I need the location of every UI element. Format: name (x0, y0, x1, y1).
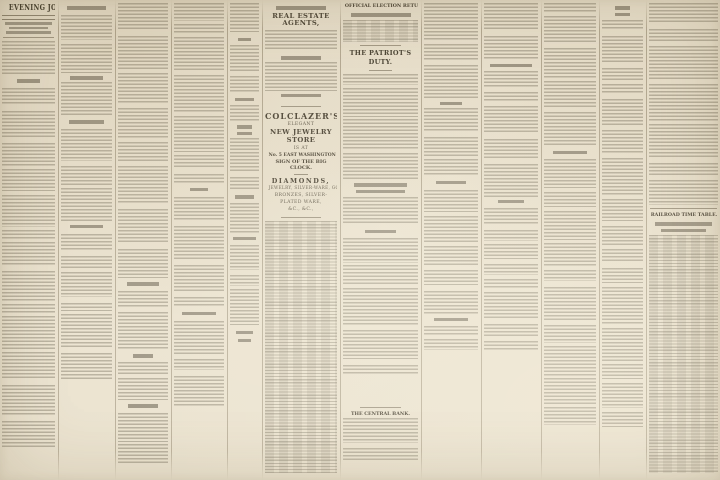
column-10 (544, 0, 596, 480)
column-rule (481, 0, 482, 480)
column-rule (227, 0, 228, 480)
jewelry-ad-line: IS AT (265, 146, 337, 151)
greeked-text-block (61, 314, 112, 349)
greeked-text-block (484, 3, 538, 31)
official-returns-heading: OFFICIAL ELECTION RETURNS. (345, 3, 416, 10)
newspaper-page: EVENING JOURNAL. REAL ESTATE AGENTS, COL… (0, 0, 720, 480)
greeked-text-block (544, 243, 596, 267)
greeked-text-block (174, 297, 224, 307)
masthead-rule (2, 15, 55, 20)
greeked-text-block (118, 142, 168, 162)
greeked-text-block (343, 238, 418, 263)
column-6: REAL ESTATE AGENTS, COLCLAZER'S ELEGANT … (265, 0, 337, 480)
column-12: RAILROAD TIME TABLE. (649, 0, 718, 480)
column-3 (118, 0, 168, 480)
railroad-heading: RAILROAD TIME TABLE. (651, 212, 717, 219)
column-5 (230, 0, 259, 480)
greeked-text-block (424, 339, 478, 350)
greeked-text-block (230, 76, 259, 93)
article-body-greeked (343, 418, 418, 460)
greeked-text-block (70, 225, 104, 229)
column-9 (484, 0, 538, 480)
timetable (649, 235, 718, 473)
greeked-text-block (133, 354, 153, 358)
divider (360, 45, 401, 46)
divider (281, 217, 321, 218)
greeked-text-block (174, 116, 224, 152)
masthead-dateline (6, 31, 51, 34)
jewelry-ad-line: &C., &C., (265, 207, 337, 212)
jewelry-ad-line: No. 5 EAST WASHINGTON ST., (269, 153, 334, 159)
greeked-text-block (237, 125, 252, 129)
masthead-title: EVENING JOURNAL. (9, 3, 48, 14)
divider (650, 208, 716, 209)
greeked-text-block (281, 56, 321, 60)
greeked-text-block (2, 111, 55, 138)
railroad-subline (655, 222, 713, 226)
greeked-text-block (602, 158, 643, 196)
greeked-text-block (128, 404, 157, 408)
greeked-text-block (649, 84, 718, 121)
ad-top-line (276, 6, 326, 10)
greeked-text-block (69, 120, 104, 124)
returns-subline (351, 13, 411, 17)
greeked-text-block (424, 216, 478, 244)
greeked-text-block (61, 256, 112, 268)
greeked-text-block (484, 292, 538, 319)
greeked-text-block (238, 339, 250, 343)
greeked-text-block (174, 321, 224, 356)
greeked-text-block (118, 362, 168, 374)
greeked-text-block (265, 62, 337, 90)
column-rule (115, 0, 116, 480)
greeked-text-block (602, 226, 643, 246)
greeked-text-block (484, 71, 538, 88)
greeked-text-block (118, 378, 168, 400)
greeked-text-block (174, 359, 224, 371)
greeked-text-block (544, 159, 596, 188)
jewelry-ad-line: ELEGANT (265, 122, 337, 127)
jewelry-ad-line: DIAMONDS, (265, 178, 337, 185)
greeked-text-block (182, 312, 215, 316)
jewelry-ad-line: PLATED WARE, (265, 200, 337, 205)
greeked-text-block (544, 81, 596, 108)
greeked-text-block (230, 105, 259, 121)
greeked-text-block (61, 188, 112, 221)
real-estate-ad-title: REAL ESTATE AGENTS, (265, 13, 337, 29)
greeked-text-block (61, 82, 112, 115)
greeked-text-block (544, 325, 596, 342)
greeked-text-block (2, 143, 55, 167)
greeked-text-block (118, 166, 168, 203)
greeked-text-block (2, 230, 55, 239)
greeked-text-block (602, 36, 643, 63)
real-estate-ad: REAL ESTATE AGENTS, (265, 3, 337, 103)
divider (360, 407, 401, 408)
greeked-text-block (2, 88, 55, 106)
greeked-text-block (365, 230, 396, 234)
greeked-text-block (602, 199, 643, 221)
greeked-text-block (484, 264, 538, 275)
greeked-text-block (343, 119, 418, 149)
greeked-text-block (649, 163, 718, 175)
greeked-text-block (61, 44, 112, 72)
greeked-text-block (2, 169, 55, 190)
greeked-text-block (343, 197, 418, 224)
article-body-greeked (343, 74, 418, 404)
election-returns-table (343, 20, 418, 42)
greeked-text-block (544, 3, 596, 12)
greeked-text-block (544, 346, 596, 376)
greeked-text-block (61, 272, 112, 297)
greeked-text-block (118, 249, 168, 278)
greeked-text-block (498, 200, 525, 204)
greeked-text-block (484, 208, 538, 224)
greeked-text-block (265, 30, 337, 51)
greeked-text-block (230, 45, 259, 71)
greeked-text-block (61, 15, 112, 40)
divider (3, 37, 54, 38)
greeked-text-block (2, 304, 55, 313)
greeked-text-block (230, 289, 259, 325)
greeked-text-block (649, 46, 718, 80)
divider (369, 70, 392, 71)
greeked-text-block (230, 3, 259, 32)
greeked-text-block (61, 129, 112, 161)
greeked-text-block (615, 13, 629, 17)
jewelry-ad-line: JEWELRY, SILVER-WARE, GOLD (269, 186, 334, 191)
jewelry-ad-line: BRONZES, SILVER- (265, 193, 337, 198)
greeked-text-block (424, 291, 478, 315)
greeked-text-block (118, 444, 168, 465)
greeked-text-block (602, 383, 643, 408)
greeked-text-block (127, 282, 160, 286)
greeked-text-block (236, 331, 252, 335)
greeked-text-block (343, 74, 418, 86)
greeked-text-block (70, 76, 102, 80)
greeked-text-block (118, 413, 168, 442)
greeked-text-block (484, 139, 538, 159)
greeked-text-block (343, 265, 418, 284)
greeked-text-block (354, 183, 408, 187)
greeked-text-block (544, 48, 596, 77)
greeked-text-block (174, 3, 224, 21)
greeked-text-block (602, 287, 643, 325)
greeked-text-block (343, 330, 418, 359)
column-rule (58, 0, 59, 480)
greeked-text-block (602, 84, 643, 93)
greeked-text-block (343, 448, 418, 460)
column-1: EVENING JOURNAL. (2, 0, 55, 480)
column-4 (174, 0, 224, 480)
greeked-text-block (2, 385, 55, 416)
greeked-text-block (602, 68, 643, 81)
greeked-text-block (343, 88, 418, 117)
greeked-text-block (434, 318, 468, 322)
greeked-text-block (118, 312, 168, 349)
greeked-text-block (544, 192, 596, 207)
greeked-text-block (230, 245, 259, 270)
greeked-text-block (484, 244, 538, 259)
greeked-text-block (118, 73, 168, 103)
greeked-text-block (118, 209, 168, 245)
greeked-text-block (190, 188, 208, 192)
greeked-text-block (602, 249, 643, 262)
greeked-text-block (484, 164, 538, 197)
greeked-text-block (61, 353, 112, 381)
greeked-text-block (238, 38, 251, 42)
greeked-text-block (544, 407, 596, 425)
greeked-text-block (424, 65, 478, 98)
greeked-text-block (602, 412, 643, 427)
greeked-text-block (174, 265, 224, 291)
greeked-text-block (484, 341, 538, 351)
column-rule (421, 0, 422, 480)
greeked-text-block (235, 98, 254, 102)
greeked-text-block (343, 418, 418, 443)
greeked-text-block (424, 159, 478, 175)
greeked-text-block (649, 124, 718, 160)
greeked-text-block (602, 130, 643, 154)
greeked-text-block (174, 226, 224, 261)
greeked-text-block (2, 271, 55, 301)
column-rule (599, 0, 600, 480)
greeked-text-block (544, 378, 596, 404)
greeked-text-block (544, 16, 596, 43)
greeked-text-block (424, 326, 478, 335)
greeked-text-block (484, 230, 538, 241)
greeked-text-block (2, 421, 55, 449)
greeked-text-block (484, 324, 538, 336)
greeked-text-block (424, 44, 478, 60)
greeked-text-block (615, 6, 630, 10)
greeked-text-block (118, 36, 168, 69)
masthead: EVENING JOURNAL. (2, 3, 55, 38)
price-listing-table (265, 221, 337, 473)
railroad-subline (661, 229, 707, 233)
greeked-text-block (490, 64, 531, 68)
greeked-text-block (484, 106, 538, 133)
column-7: OFFICIAL ELECTION RETURNS. THE PATRIOT'S… (343, 0, 418, 480)
greeked-text-block (649, 29, 718, 41)
greeked-text-block (343, 288, 418, 324)
masthead-dateline (5, 22, 52, 25)
greeked-column-body (2, 41, 55, 449)
greeked-text-block (649, 3, 718, 24)
greeked-text-block (230, 203, 259, 234)
greeked-text-block (484, 92, 538, 102)
greeked-text-block (424, 246, 478, 267)
column-rule (541, 0, 542, 480)
greeked-text-block (343, 365, 418, 375)
greeked-text-block (174, 376, 224, 406)
greeked-text-block (649, 180, 718, 205)
greeked-text-block (424, 108, 478, 131)
greeked-text-block (174, 155, 224, 168)
greeked-text-block (424, 270, 478, 286)
central-bank-heading: THE CENTRAL BANK. (345, 411, 416, 418)
greeked-text-block (602, 268, 643, 283)
jewelry-ad-line: COLCLAZER'S (265, 112, 337, 121)
patriots-duty-heading: THE PATRIOT'S DUTY. (343, 49, 418, 67)
greeked-text-block (2, 242, 55, 266)
greeked-text-block (544, 211, 596, 240)
jewelry-ad-line: SIGN OF THE BIG CLOCK. (265, 160, 337, 172)
greeked-text-block (230, 177, 259, 190)
greeked-text-block (436, 181, 467, 185)
greeked-text-block (424, 3, 478, 40)
greeked-text-block (230, 138, 259, 173)
greeked-text-block (602, 364, 643, 379)
greeked-text-block (174, 174, 224, 184)
column-rule (262, 0, 263, 480)
greeked-text-block (61, 303, 112, 311)
greeked-text-block (484, 279, 538, 290)
greeked-text-block (484, 36, 538, 59)
ad-dash (294, 174, 308, 175)
column-11 (602, 0, 643, 480)
greeked-text-block (440, 102, 462, 106)
greeked-text-block (2, 41, 55, 76)
greeked-text-block (424, 137, 478, 158)
greeked-text-block (118, 3, 168, 30)
column-rule (646, 0, 647, 480)
greeked-text-block (61, 166, 112, 184)
greeked-text-block (174, 197, 224, 220)
greeked-text-block (602, 328, 643, 361)
greeked-text-block (118, 108, 168, 140)
greeked-text-block (544, 270, 596, 282)
greeked-text-block (17, 79, 41, 83)
greeked-text-block (424, 190, 478, 212)
greeked-text-block (343, 153, 418, 180)
greeked-text-block (230, 275, 259, 286)
greeked-text-block (2, 195, 55, 227)
greeked-text-block (118, 291, 168, 308)
greeked-text-block (281, 94, 321, 98)
column-2 (61, 0, 112, 480)
greeked-text-block (602, 99, 643, 128)
greeked-text-block (235, 195, 253, 199)
greeked-text-block (174, 75, 224, 112)
masthead-dateline (9, 27, 47, 30)
greeked-text-block (553, 151, 588, 155)
greeked-text-block (2, 352, 55, 379)
column-rule (171, 0, 172, 480)
greeked-text-block (544, 112, 596, 145)
greeked-text-block (67, 6, 106, 10)
ad-body-greeked (265, 30, 337, 98)
greeked-text-block (544, 287, 596, 322)
jewelry-ad-line: NEW JEWELRY STORE (265, 129, 337, 145)
greeked-text-block (602, 20, 643, 30)
greeked-text-block (174, 37, 224, 69)
divider (281, 106, 321, 107)
greeked-text-block (2, 316, 55, 350)
jewelry-ad: COLCLAZER'S ELEGANT NEW JEWELRY STORE IS… (265, 110, 337, 214)
article-body-greeked (649, 3, 718, 205)
greeked-text-block (356, 190, 405, 194)
greeked-text-block (233, 237, 255, 241)
column-rule (340, 0, 341, 480)
greeked-text-block (174, 24, 224, 34)
greeked-text-block (61, 234, 112, 251)
greeked-text-block (237, 132, 253, 136)
column-8 (424, 0, 478, 480)
